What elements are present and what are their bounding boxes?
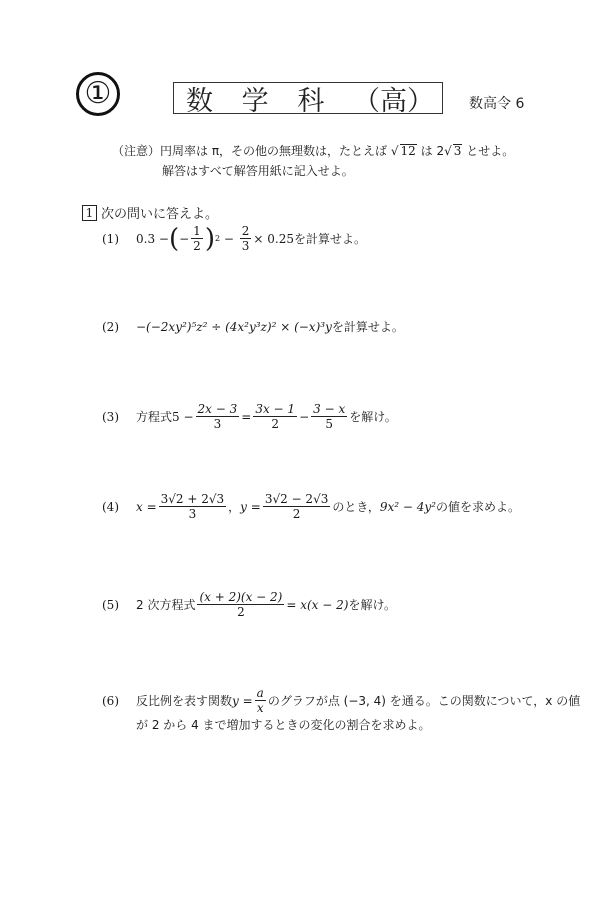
question-6-line-2: が 2 から 4 まで増加するときの変化の割合を求めよ。 bbox=[136, 716, 431, 733]
note-text: 円周率は π，その他の無理数は，たとえば bbox=[160, 144, 391, 158]
title-char: 数 bbox=[186, 79, 213, 118]
math-expression: − bbox=[220, 232, 238, 246]
page-title: 数 学 科 （高） bbox=[173, 82, 443, 114]
fraction: 3x − 12 bbox=[253, 402, 297, 431]
instruction-text: の値を求めよ。 bbox=[436, 498, 520, 515]
question-number: (2) bbox=[102, 320, 136, 334]
denominator: 2 bbox=[237, 605, 245, 619]
mid-text: のとき， bbox=[332, 498, 380, 515]
numerator: 3√2 − 2√3 bbox=[263, 492, 331, 507]
title-char: 学 bbox=[242, 79, 269, 118]
numerator: 2 bbox=[240, 224, 252, 239]
question-5: (5) 2 次方程式 (x + 2)(x − 2)2 = x(x − 2) を解… bbox=[102, 590, 396, 619]
fraction: 3√2 + 2√33 bbox=[159, 492, 227, 521]
math-expression: − bbox=[179, 232, 189, 246]
question-number: (6) bbox=[102, 694, 136, 708]
sqrt-radicand: 3 bbox=[453, 144, 463, 158]
sqrt-radicand: 12 bbox=[400, 144, 417, 158]
math-expression: = bbox=[241, 410, 251, 424]
title-char: （高） bbox=[353, 79, 434, 118]
fraction: 2x − 33 bbox=[196, 402, 240, 431]
denominator: 2 bbox=[293, 507, 301, 521]
question-number: (3) bbox=[102, 410, 136, 424]
numerator: (x + 2)(x − 2) bbox=[197, 590, 284, 605]
fraction: (x + 2)(x − 2)2 bbox=[197, 590, 284, 619]
math-expression: 5 − bbox=[172, 410, 194, 424]
math-expression: − bbox=[299, 410, 309, 424]
numerator: 2x − 3 bbox=[196, 402, 240, 417]
note-text: とせよ。 bbox=[462, 144, 514, 158]
separator: ， bbox=[228, 498, 240, 515]
fraction: 3√2 − 2√32 bbox=[263, 492, 331, 521]
sqrt-expression: √12 bbox=[391, 144, 417, 158]
question-4: (4) x = 3√2 + 2√33 ， y = 3√2 − 2√32 のとき，… bbox=[102, 492, 520, 521]
denominator: 3 bbox=[189, 507, 197, 521]
note-label: （注意） bbox=[112, 144, 160, 158]
question-number: (1) bbox=[102, 232, 136, 246]
denominator: 5 bbox=[325, 417, 333, 431]
numerator: 1 bbox=[191, 224, 203, 239]
fraction: 23 bbox=[240, 224, 252, 253]
paren-close: ) bbox=[205, 226, 215, 252]
question-1: (1) 0.3 − ( − 12 )2 − 23 × 0.25 を計算せよ。 bbox=[102, 224, 366, 253]
math-expression: y = bbox=[240, 500, 261, 514]
section-number-box: 1 bbox=[82, 205, 97, 221]
denominator: x bbox=[257, 701, 264, 715]
instruction-text: を計算せよ。 bbox=[332, 318, 404, 335]
instruction-text: のグラフが点 (−3, 4) を通る。この関数について，x の値 bbox=[268, 692, 580, 709]
sqrt-expression: √3 bbox=[444, 144, 462, 158]
title-char: 科 bbox=[297, 79, 324, 118]
instruction-text: を解け。 bbox=[348, 596, 396, 613]
lead-text: 方程式 bbox=[136, 408, 172, 425]
denominator: 2 bbox=[193, 239, 201, 253]
note-line-2: 解答はすべて解答用紙に記入せよ。 bbox=[112, 161, 514, 181]
math-expression: = x(x − 2) bbox=[286, 598, 348, 612]
fraction: 12 bbox=[191, 224, 203, 253]
note-line-1: （注意）円周率は π，その他の無理数は，たとえば √12 は 2√3 とせよ。 bbox=[112, 141, 514, 161]
question-number: (4) bbox=[102, 500, 136, 514]
instruction-text: を計算せよ。 bbox=[294, 230, 366, 247]
denominator: 3 bbox=[242, 239, 250, 253]
numerator: 3 − x bbox=[311, 402, 347, 417]
paren-open: ( bbox=[169, 226, 179, 252]
lead-text: 反比例を表す関数 bbox=[136, 692, 232, 709]
question-2: (2) −(−2xy²)⁵z² ÷ (4x²y³z)² × (−x)³y を計算… bbox=[102, 318, 404, 335]
lead-text: 2 次方程式 bbox=[136, 596, 195, 613]
math-expression: −(−2xy²)⁵z² ÷ (4x²y³z)² × (−x)³y bbox=[136, 320, 332, 334]
denominator: 2 bbox=[271, 417, 279, 431]
fraction: 3 − x5 bbox=[311, 402, 347, 431]
problem-number-circle: ① bbox=[76, 72, 120, 116]
instructions-note: （注意）円周率は π，その他の無理数は，たとえば √12 は 2√3 とせよ。 … bbox=[112, 141, 514, 181]
question-3: (3) 方程式 5 − 2x − 33 = 3x − 12 − 3 − x5 を… bbox=[102, 402, 397, 431]
math-expression: 9x² − 4y² bbox=[380, 500, 436, 514]
numerator: 3x − 1 bbox=[253, 402, 297, 417]
math-expression: x = bbox=[136, 500, 157, 514]
math-expression: 0.3 − bbox=[136, 232, 169, 246]
numerator: a bbox=[255, 686, 266, 701]
fraction: ax bbox=[255, 686, 266, 715]
section-heading: 1 次の問いに答えよ。 bbox=[82, 203, 218, 222]
instruction-text: を解け。 bbox=[349, 408, 397, 425]
section-heading-text: 次の問いに答えよ。 bbox=[101, 203, 218, 222]
question-number: (5) bbox=[102, 598, 136, 612]
note-text: は 2 bbox=[417, 144, 444, 158]
numerator: 3√2 + 2√3 bbox=[159, 492, 227, 507]
math-expression: y = bbox=[232, 694, 253, 708]
denominator: 3 bbox=[214, 417, 222, 431]
exam-code: 数高令 6 bbox=[469, 93, 524, 113]
question-6: (6) 反比例を表す関数 y = ax のグラフが点 (−3, 4) を通る。こ… bbox=[102, 686, 580, 715]
math-expression: × 0.25 bbox=[253, 232, 294, 246]
